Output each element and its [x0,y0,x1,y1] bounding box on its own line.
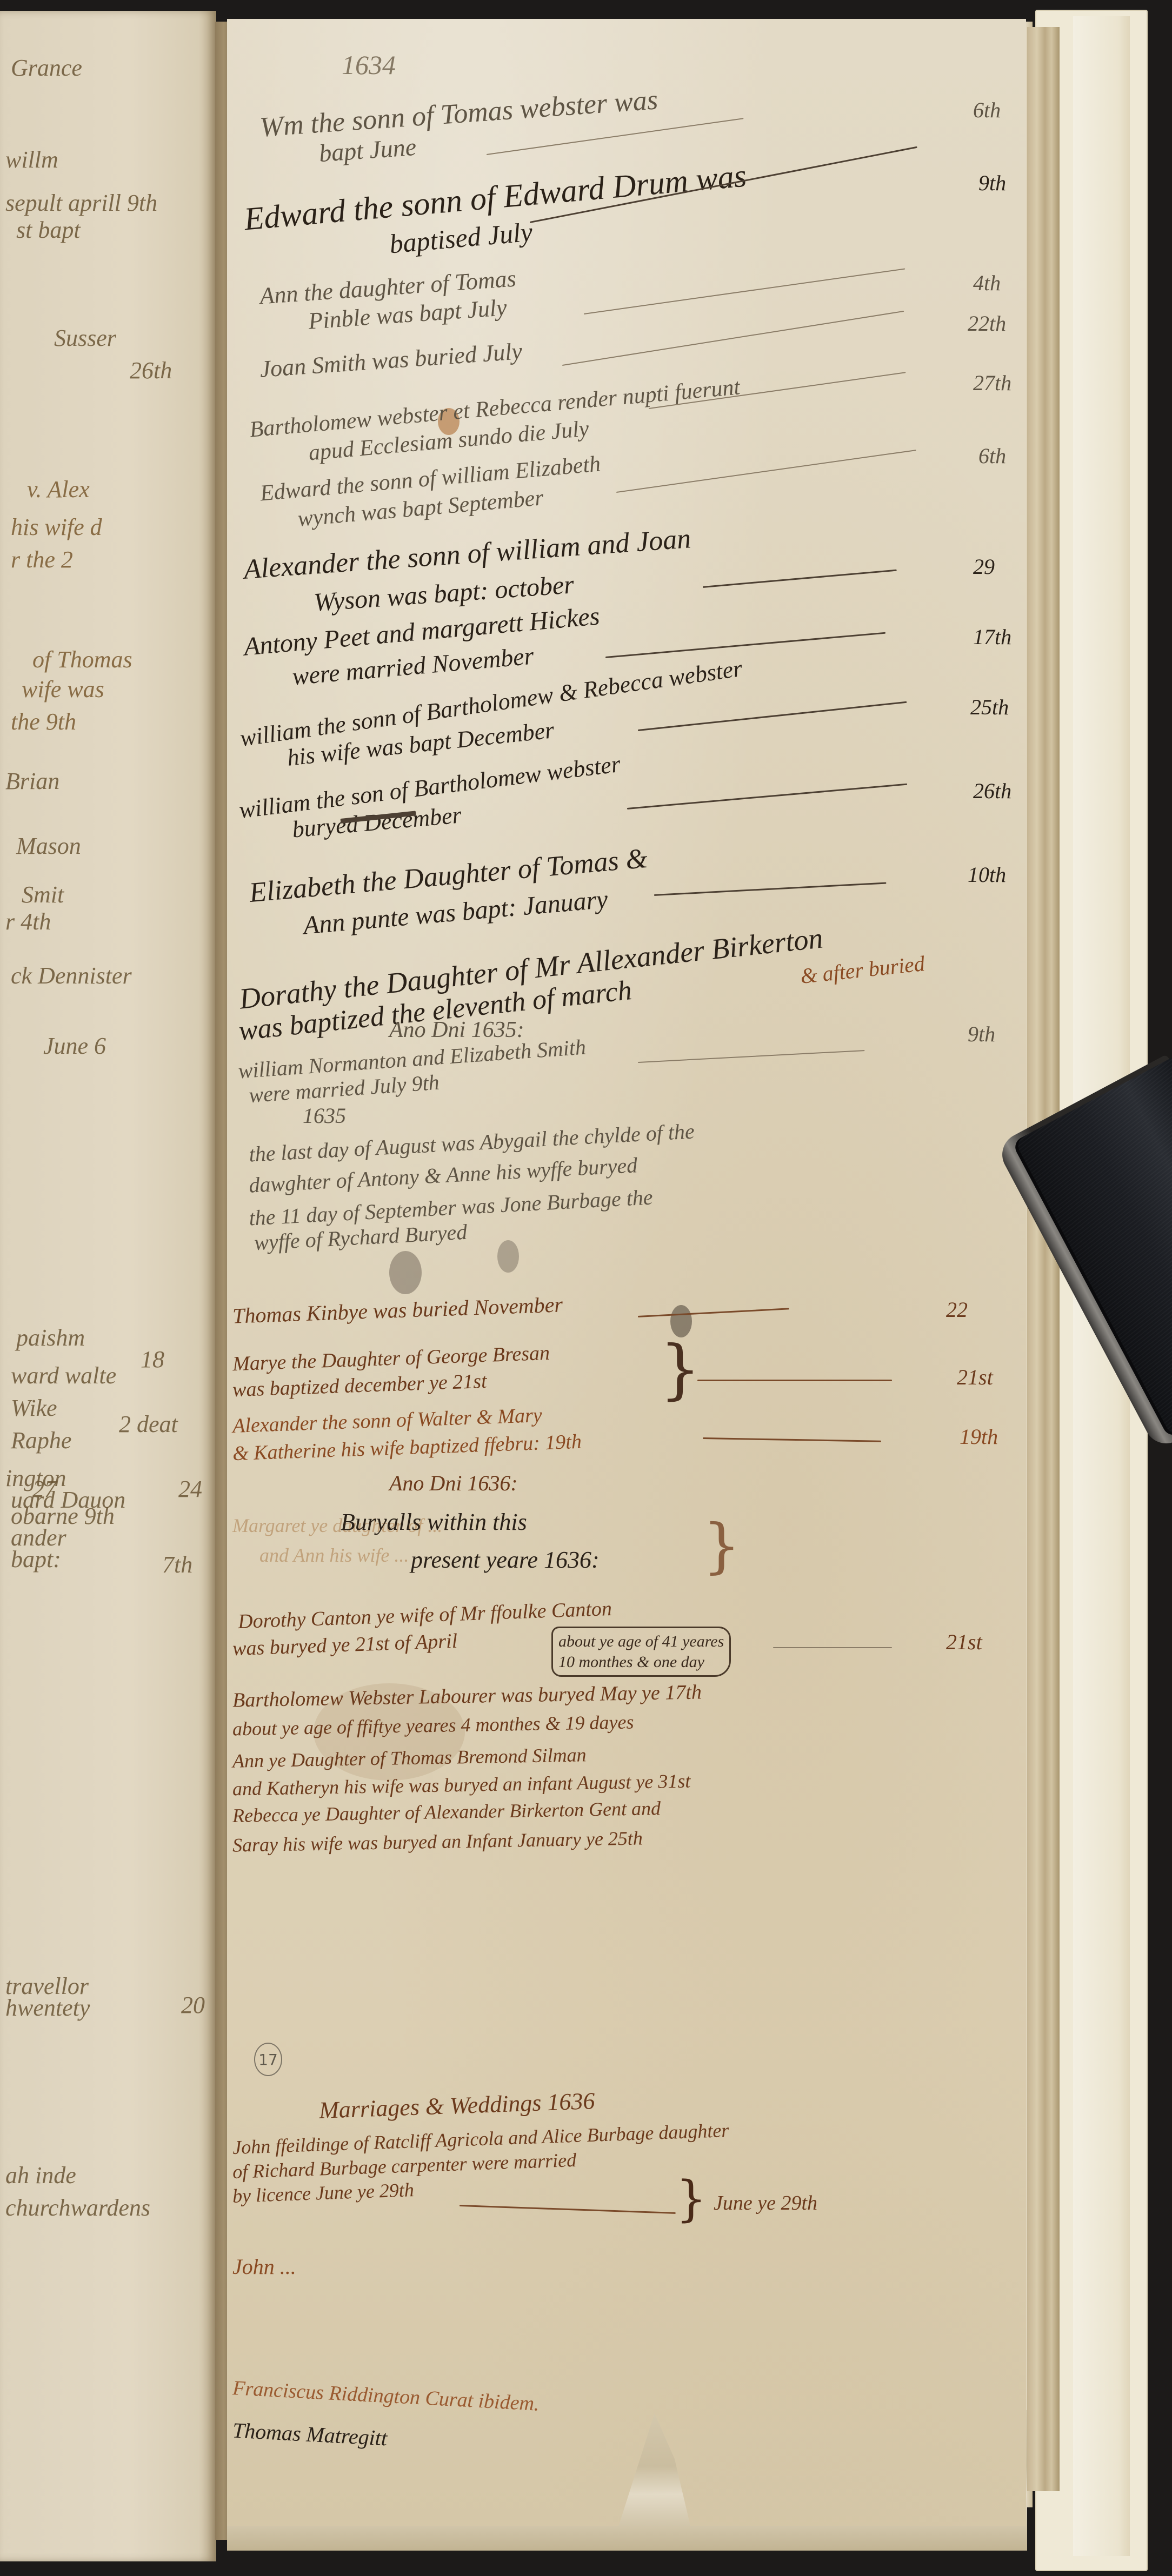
left-fragment: bapt: [11,1545,61,1573]
entry-line: Joan Smith was buried July [259,339,523,382]
entry-line: Alexander the sonn of william and Joan [243,525,692,584]
left-fragment: willm [5,146,58,173]
entry-rule [638,1308,789,1317]
margin-annotation: & after buried [800,953,926,987]
entry-rule [773,1647,892,1648]
left-fragment: ah inde [5,2162,76,2189]
clerk-signature: Thomas Matregitt [232,2420,388,2450]
marriages-heading: Marriages & Weddings 1636 [318,2089,595,2123]
entry-rule [697,1380,892,1381]
left-fragment: v. Alex [27,476,90,503]
entry-date: 21st [957,1364,993,1390]
entry-rule [703,1437,881,1442]
entry-date: 29 [973,554,995,579]
entry-date: 22 [946,1297,968,1322]
marriage-date: June ye 29th [714,2191,817,2215]
entry-line: Marye the Daughter of George Bresan [232,1343,550,1374]
left-fragment: his wife d [11,513,102,541]
left-fragment: of Thomas [32,646,132,673]
entry-rule [627,784,907,809]
entry-line: and Katheryn his wife was buryed an infa… [232,1771,691,1799]
left-fragment: the 9th [11,708,76,735]
faded-underwriting: and Ann his wife ... [259,1545,409,1565]
left-fragment: wife was [22,675,104,703]
ink-blot [389,1251,422,1294]
entry-rule [562,311,904,366]
entry-date: 22th [968,311,1006,336]
ink-blot [497,1240,519,1273]
entry-date: 6th [978,443,1006,469]
entry-line: Saray his wife was buryed an Infant Janu… [232,1828,643,1855]
brace: } [676,2175,707,2224]
entry-rule [605,632,885,658]
left-fragment: r 4th [5,908,51,935]
boxed-note-line: about ye age of 41 yeares [558,1631,724,1652]
year-heading: 1635 [303,1105,346,1127]
left-fragment: June 6 [43,1032,106,1060]
left-fragment: churchwardens [5,2194,150,2222]
left-fragment: r the 2 [11,546,73,573]
section-heading: present yeare 1636: [411,1548,600,1572]
year-heading: 1634 [342,51,396,78]
left-fragment: Smit [22,881,64,908]
entry-date: 10th [968,862,1006,887]
entry-line: Alexander the sonn of Walter & Mary [232,1405,543,1436]
entry-rule [703,570,897,588]
entry-date: 9th [978,170,1006,196]
entry-line: was baptized december ye 21st [232,1371,487,1400]
curate-signature: Franciscus Riddington Curat ibidem. [232,2378,540,2414]
brace: } [703,1516,741,1575]
entry-line: & Katherine his wife baptized ffebru: 19… [232,1431,582,1464]
initial-signature: John ... [232,2256,296,2278]
left-fragment: Raphe [11,1427,71,1454]
entry-line: Ann ye Daughter of Thomas Bremond Silman [232,1745,587,1770]
entry-date: 4th [973,270,1001,296]
left-fragment: Wike [11,1394,57,1422]
left-fragment: Mason [16,832,81,860]
left-fragment: Grance [11,54,82,82]
entry-line: Wm the sonn of Tomas webster was [259,86,659,142]
left-facing-page: Grance willm sepult aprill 9th st bapt S… [0,11,216,2561]
boxed-age-note: about ye age of 41 yeares 10 monthes & o… [551,1627,731,1677]
left-fragment: sepult aprill 9th [5,189,157,217]
entry-rule [654,882,887,896]
entry-date: 27th [973,370,1011,396]
left-fragment: Brian [5,767,59,795]
entry-rule [638,1050,865,1063]
left-fragment: 26th [130,357,172,384]
left-fragment: 2 deat [119,1410,178,1438]
entry-line: was buryed ye 21st of April [232,1631,457,1660]
section-heading: Buryalls within this [341,1510,527,1534]
marriage-line: by licence June ye 29th [232,2180,414,2206]
left-fragment: 24 [178,1475,202,1503]
left-fragment: 7th [162,1551,192,1578]
entry-date: 21st [946,1629,982,1655]
entry-rule [460,2205,676,2214]
register-page: 1634 Wm the sonn of Tomas webster was ba… [227,19,1026,2526]
left-fragment: 18 [141,1346,164,1373]
entry-date: 19th [960,1424,998,1449]
entry-rule [584,269,905,315]
brace: } [660,1337,701,1402]
entry-line: Bartholomew Webster Labourer was buryed … [232,1682,702,1710]
marriage-line: John ffeildinge of Ratcliff Agricola and… [232,2120,729,2157]
entry-line: baptised July [388,218,534,258]
folio-number: 17 [254,2043,282,2076]
entry-rule [638,701,907,731]
entry-line: bapt June [318,135,417,166]
left-fragment: ck Dennister [11,962,132,989]
left-fragment: 20 [181,1991,205,2019]
entry-date: 25th [970,694,1009,720]
left-fragment: ward walte [11,1362,116,1389]
left-fragment: st bapt [16,216,81,244]
entry-line: Thomas Kinbye was buried November [232,1294,563,1327]
entry-date: 17th [973,624,1011,650]
entry-line: about ye age of ffiftye yeares 4 monthes… [232,1712,634,1739]
boxed-note-line: 10 monthes & one day [558,1652,724,1672]
entry-date: 9th [968,1021,995,1047]
entry-date: 6th [973,97,1001,123]
year-heading: Ano Dni 1636: [389,1473,518,1494]
left-fragment: hwentety [5,1994,90,2022]
left-fragment: paishm [16,1324,85,1351]
left-fragment: Susser [54,324,116,352]
year-heading: Ano Dni 1635: [389,1019,524,1041]
entry-line: Rebecca ye Daughter of Alexander Birkert… [232,1798,661,1825]
entry-date: 26th [973,778,1011,804]
entry-rule [616,450,916,493]
